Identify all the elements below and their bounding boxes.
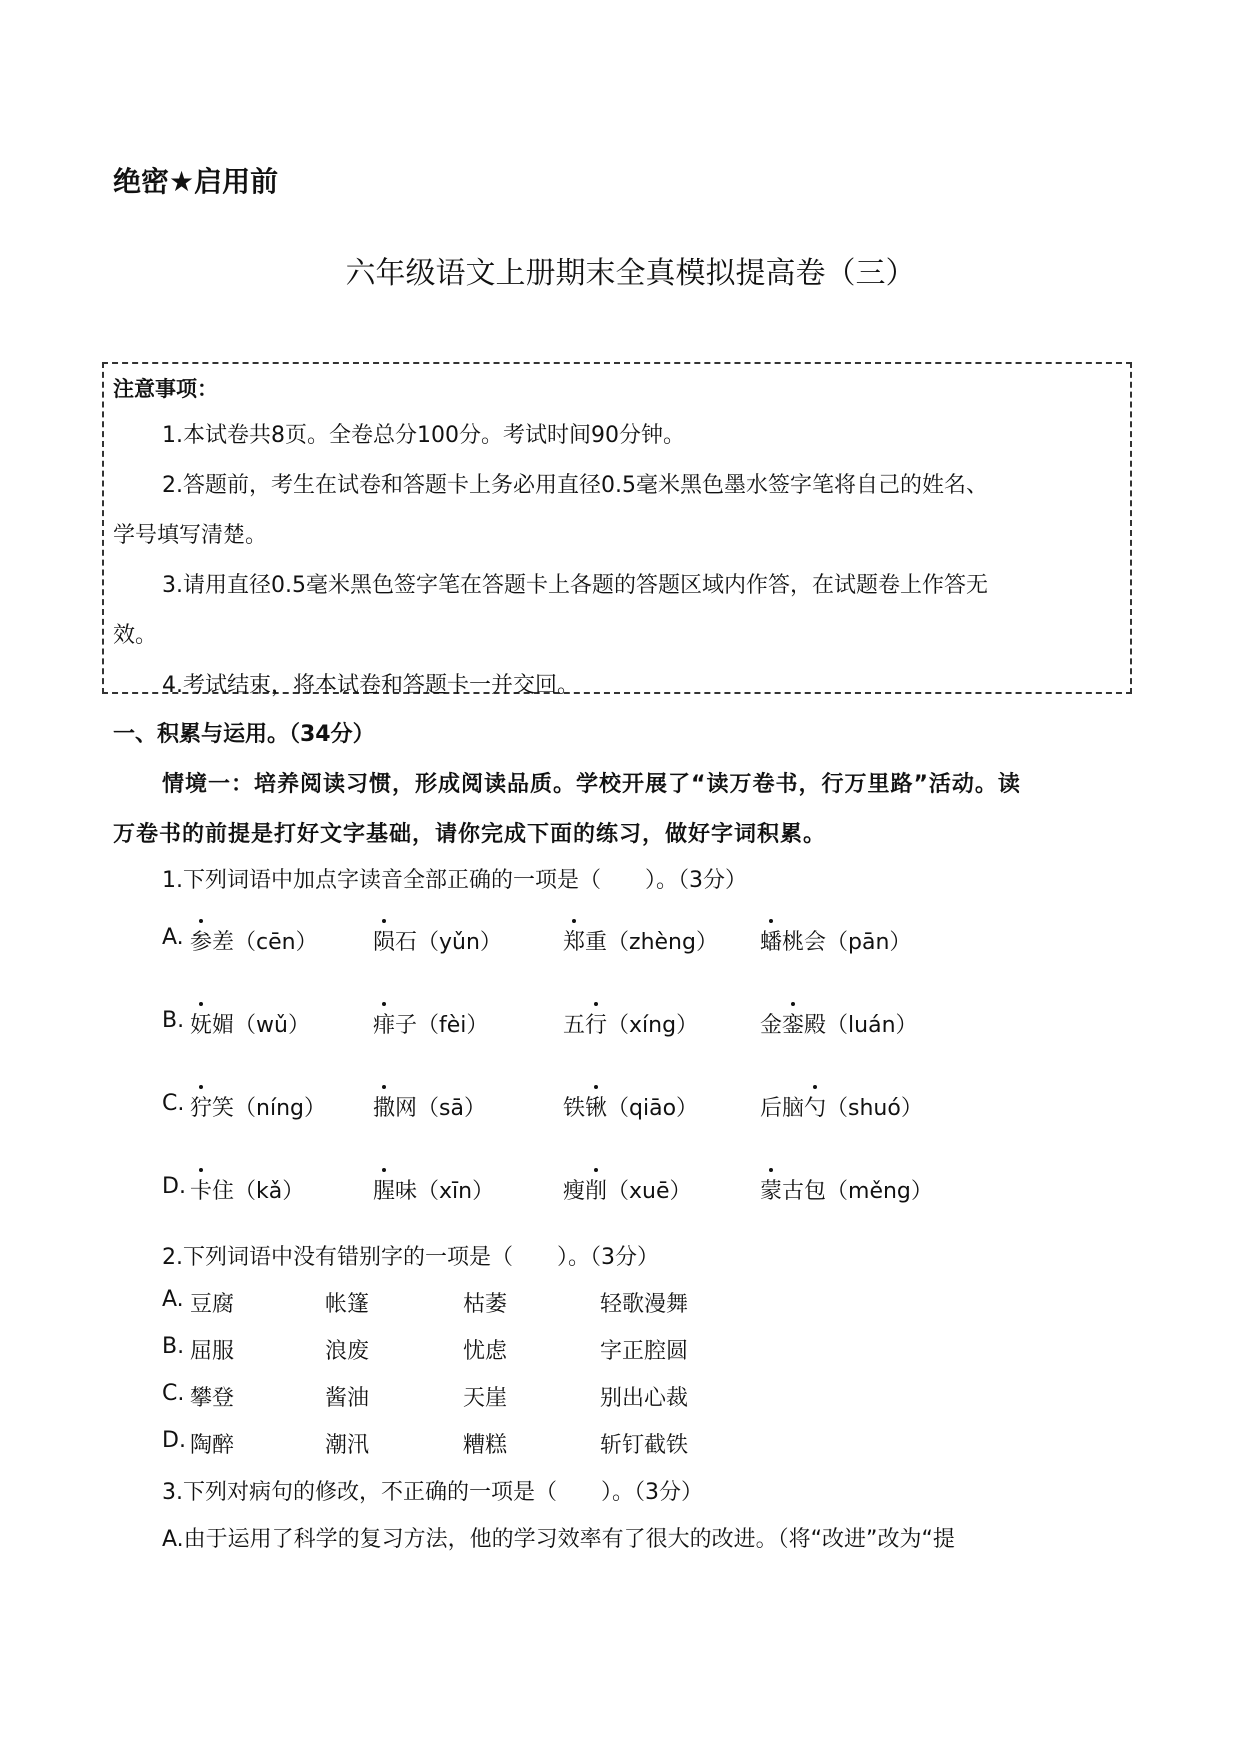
option-word: 豆腐 bbox=[190, 1287, 234, 1318]
option-item: 铁锹（qiāo） bbox=[563, 1091, 698, 1122]
notice-item-3: 3.请用直径0.5毫米黑色签字笔在答题卡上各题的答题区域内作答，在试题卷上作答无 bbox=[162, 568, 988, 599]
emphasis-dot-char: 锹 bbox=[585, 1091, 607, 1122]
option-label: D. bbox=[162, 1428, 186, 1453]
option-item: 陨石（yǔn） bbox=[373, 925, 502, 956]
option-item: 蟠桃会（pān） bbox=[760, 925, 911, 956]
option-label: A. bbox=[162, 925, 184, 950]
emphasis-dot-char: 行 bbox=[585, 1008, 607, 1039]
option-item: 卡住（kǎ） bbox=[190, 1174, 304, 1205]
emphasis-dot-char: 撒 bbox=[373, 1091, 395, 1122]
emphasis-dot-char: 削 bbox=[585, 1174, 607, 1205]
section-heading: 一、积累与运用。（34分） bbox=[113, 717, 375, 748]
option-item: 狞笑（níng） bbox=[190, 1091, 326, 1122]
option-word: 糟糕 bbox=[463, 1428, 507, 1459]
option-item: 痱子（fèi） bbox=[373, 1008, 488, 1039]
emphasis-dot-char: 卡 bbox=[190, 1174, 212, 1205]
option-item: 蒙古包（měng） bbox=[760, 1174, 933, 1205]
option-item: 参差（cēn） bbox=[190, 925, 318, 956]
emphasis-dot-char: 蟠 bbox=[760, 925, 782, 956]
emphasis-dot-char: 郑 bbox=[563, 925, 585, 956]
option-word: 陶醉 bbox=[190, 1428, 234, 1459]
option-item: 撒网（sā） bbox=[373, 1091, 486, 1122]
option-word: 屈服 bbox=[190, 1334, 234, 1365]
notice-item-3-cont: 效。 bbox=[113, 618, 157, 649]
option-word: 斩钉截铁 bbox=[600, 1428, 688, 1459]
option-word: 枯萎 bbox=[463, 1287, 507, 1318]
notice-item-2-cont: 学号填写清楚。 bbox=[113, 518, 267, 549]
option-word: 字正腔圆 bbox=[600, 1334, 688, 1365]
emphasis-dot-char: 参 bbox=[190, 925, 212, 956]
page-title: 六年级语文上册期末全真模拟提高卷（三） bbox=[0, 248, 1241, 292]
emphasis-dot-char: 銮 bbox=[782, 1008, 804, 1039]
emphasis-dot-char: 勺 bbox=[804, 1091, 826, 1122]
question-1-stem: 1.下列词语中加点字读音全部正确的一项是（ ）。（3分） bbox=[162, 863, 747, 894]
notice-item-4: 4.考试结束，将本试卷和答题卡一并交回。 bbox=[162, 668, 579, 699]
option-word: 别出心裁 bbox=[600, 1381, 688, 1412]
notice-title: 注意事项： bbox=[113, 373, 218, 403]
option-item: 瘦削（xuē） bbox=[563, 1174, 692, 1205]
emphasis-dot-char: 狞 bbox=[190, 1091, 212, 1122]
option-label: A. bbox=[162, 1287, 184, 1312]
option-item: 金銮殿（luán） bbox=[760, 1008, 918, 1039]
option-word: 浪废 bbox=[325, 1334, 369, 1365]
option-label: C. bbox=[162, 1381, 184, 1406]
notice-item-2: 2.答题前，考生在试卷和答题卡上务必用直径0.5毫米黑色墨水签字笔将自己的姓名、 bbox=[162, 468, 988, 499]
question-3-stem: 3.下列对病句的修改，不正确的一项是（ ）。（3分） bbox=[162, 1475, 703, 1506]
notice-item-1: 1.本试卷共8页。全卷总分100分。考试时间90分钟。 bbox=[162, 418, 685, 449]
option-label: D. bbox=[162, 1174, 186, 1199]
emphasis-dot-char: 陨 bbox=[373, 925, 395, 956]
emphasis-dot-char: 妩 bbox=[190, 1008, 212, 1039]
option-item: 郑重（zhèng） bbox=[563, 925, 718, 956]
option-item: 妩媚（wǔ） bbox=[190, 1008, 310, 1039]
context-line-1: 情境一：培养阅读习惯，形成阅读品质。学校开展了“读万卷书，行万里路”活动。读 bbox=[162, 767, 1021, 798]
option-label: B. bbox=[162, 1008, 184, 1033]
option-label: B. bbox=[162, 1334, 184, 1359]
option-word: 忧虑 bbox=[463, 1334, 507, 1365]
confidential-label: 绝密★启用前 bbox=[113, 160, 278, 200]
option-word: 攀登 bbox=[190, 1381, 234, 1412]
option-label: C. bbox=[162, 1091, 184, 1116]
option-item: 后脑勺（shuó） bbox=[760, 1091, 923, 1122]
option-word: 帐篷 bbox=[325, 1287, 369, 1318]
option-word: 潮汛 bbox=[325, 1428, 369, 1459]
q3-option-a: A.由于运用了科学的复习方法，他的学习效率有了很大的改进。（将“改进”改为“提 bbox=[162, 1522, 955, 1553]
emphasis-dot-char: 腥 bbox=[373, 1174, 395, 1205]
option-word: 酱油 bbox=[325, 1381, 369, 1412]
question-2-stem: 2.下列词语中没有错别字的一项是（ ）。（3分） bbox=[162, 1240, 659, 1271]
context-line-2: 万卷书的前提是打好文字基础，请你完成下面的练习，做好字词积累。 bbox=[113, 817, 826, 848]
emphasis-dot-char: 蒙 bbox=[760, 1174, 782, 1205]
option-word: 天崖 bbox=[463, 1381, 507, 1412]
option-item: 五行（xíng） bbox=[563, 1008, 698, 1039]
emphasis-dot-char: 痱 bbox=[373, 1008, 395, 1039]
option-item: 腥味（xīn） bbox=[373, 1174, 494, 1205]
option-word: 轻歌漫舞 bbox=[600, 1287, 688, 1318]
